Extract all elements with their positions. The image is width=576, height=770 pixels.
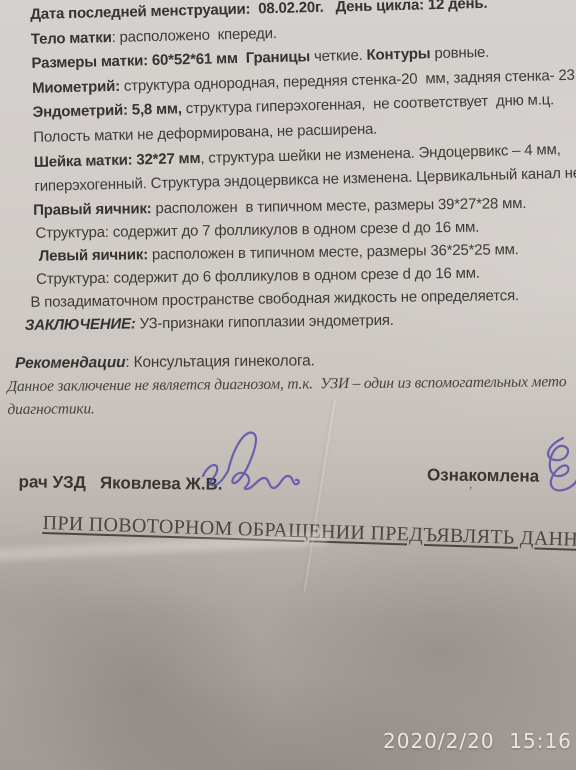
text-segment: расположен в типичном месте, размеры 39*… xyxy=(151,195,526,217)
text-segment: : расположено кпереди. xyxy=(111,25,277,46)
text-segment: Правый яичник: xyxy=(33,200,152,219)
text-segment: Границы xyxy=(246,48,311,67)
text-segment: Полость матки не деформирована, не расши… xyxy=(33,121,377,146)
text-segment: Структура: содержит до 6 фолликулов в од… xyxy=(36,265,480,288)
text-segment: Эндометрий: 5,8 мм, xyxy=(32,101,182,122)
text-segment: УЗ-признаки гипоплазии эндометрия. xyxy=(135,312,393,333)
report-text-block-mid: Правый яичник: расположен в типичном мес… xyxy=(23,192,528,337)
text-segment: День цикла: 12 день. xyxy=(335,0,487,16)
text-segment: Шейка матки: 32*27 мм xyxy=(34,149,201,170)
text-segment: четкие. xyxy=(310,47,367,65)
text-segment: диагностики. xyxy=(7,400,94,418)
doctor-title-label: рач УЗД xyxy=(18,472,86,492)
signature-row: рач УЗДЯковлева Ж.В. xyxy=(0,452,223,515)
camera-timestamp: 2020/2/20 15:16 xyxy=(383,729,572,753)
text-segment: В позадиматочном пространстве свободная … xyxy=(30,287,519,311)
text-segment: Данное заключение не является диагнозом,… xyxy=(7,373,566,395)
text-segment: структура гиперэхогенная, не соответству… xyxy=(182,92,555,118)
report-text-block-recommendations: Рекомендации: Консультация гинеколога.Да… xyxy=(15,347,567,421)
text-segment: Рекомендации xyxy=(15,354,125,372)
doctor-name: Яковлева Ж.В. xyxy=(100,473,223,493)
text-segment: Миометрий: xyxy=(32,78,120,97)
text-segment: : Консультация гинеколога. xyxy=(125,352,314,371)
acknowledged-signature-icon xyxy=(533,436,576,498)
text-segment: Тело матки xyxy=(31,29,112,48)
acknowledged-label: Ознакомлена xyxy=(427,465,539,486)
text-segment: Левый яичник: xyxy=(39,246,148,265)
text-segment: расположен в типичном месте, размеры 36*… xyxy=(148,241,519,263)
text-segment: Контуры xyxy=(366,45,430,64)
text-segment: ЗАКЛЮЧЕНИЕ: xyxy=(25,315,136,334)
report-text-block-top: Дата последней менструации: 08.02.20г. Д… xyxy=(30,0,576,200)
pen-mark: ’ xyxy=(466,484,473,501)
line-disclaimer-1: Данное заключение не является диагнозом,… xyxy=(7,370,566,398)
paper-fold-crease xyxy=(300,399,338,593)
text-segment: ровные. xyxy=(430,44,489,62)
text-segment: Структура: содержит до 7 фолликулов в од… xyxy=(35,219,479,242)
line-disclaimer-2: диагностики. xyxy=(7,393,566,421)
ultrasound-report-photo: Дата последней менструации: 08.02.20г. Д… xyxy=(0,0,576,770)
text-segment: Размеры матки: 60*52*61 мм xyxy=(31,50,238,72)
text-segment: Дата последней менструации: 08.02.20г. xyxy=(30,0,324,23)
text-segment xyxy=(323,0,335,16)
